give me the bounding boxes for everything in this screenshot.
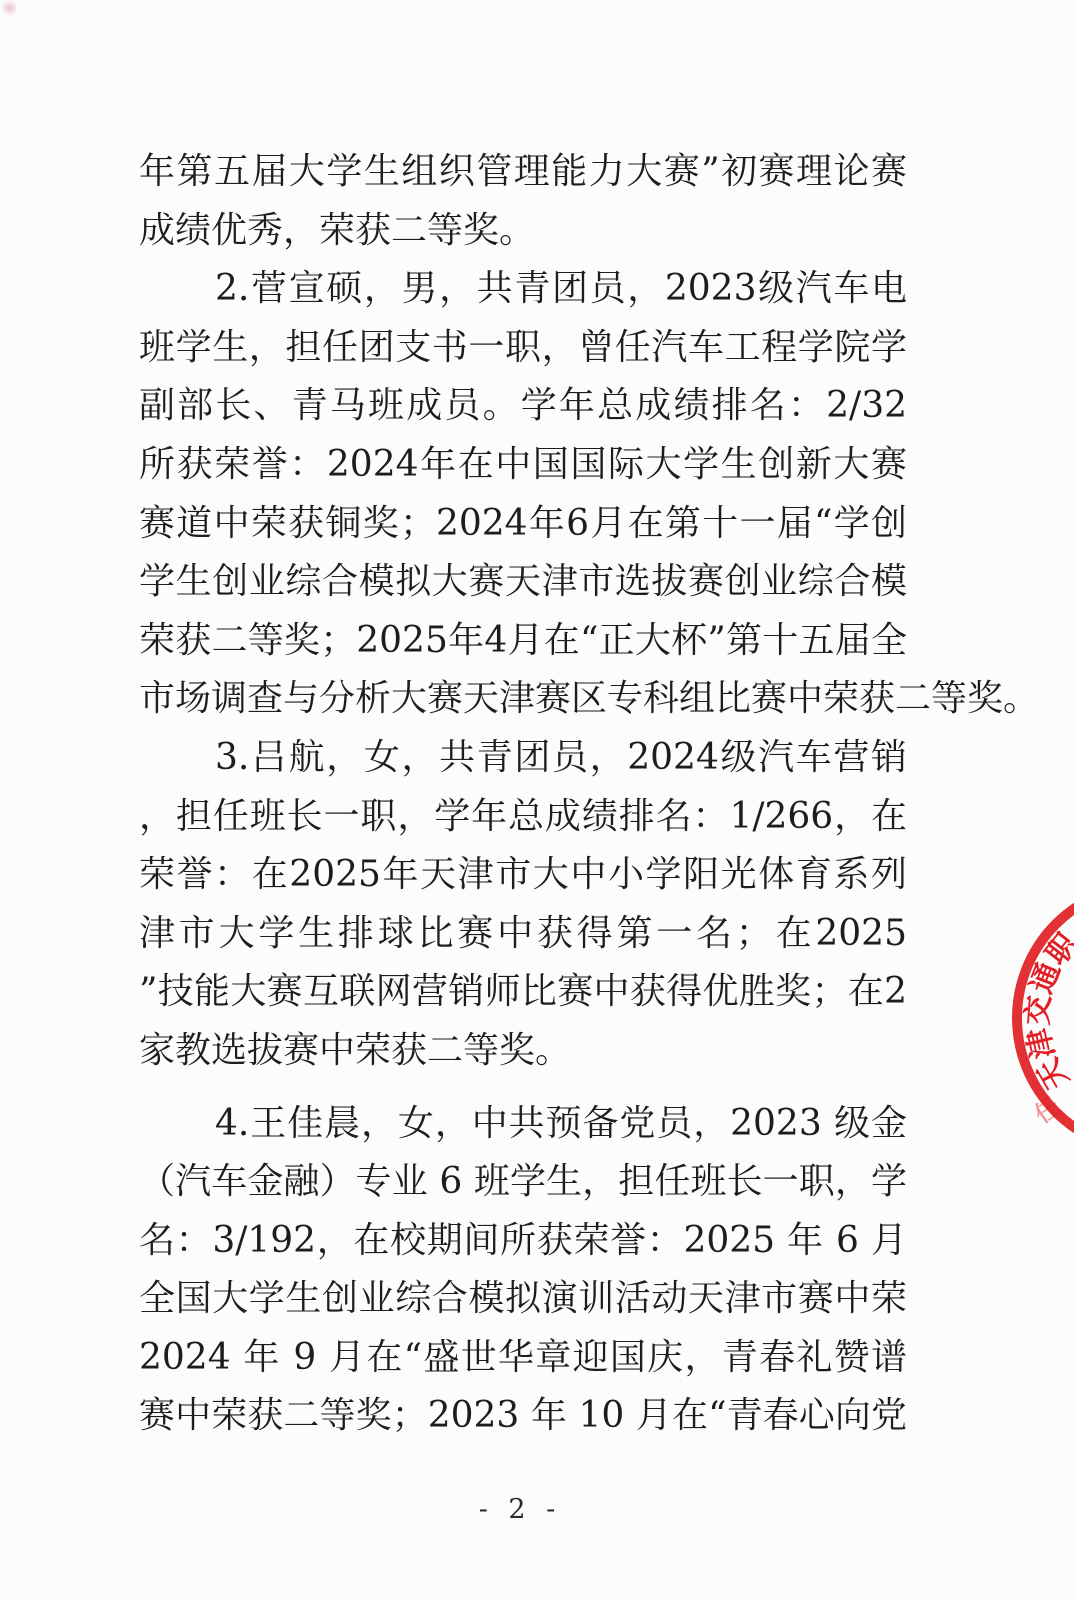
text-line: 2.菅宣硕，男，共青团员，2023级汽车电子技术专业1 <box>139 260 907 319</box>
official-seal-stamp: 天津交通职任 <box>940 865 1074 1175</box>
page-number: - 2 - <box>0 1494 1040 1525</box>
document-page: 年第五届大学生组织管理能力大赛”初赛理论赛专业组中，成绩优秀，荣获二等奖。2.菅… <box>0 0 1074 1600</box>
text-line: 赛中荣获二等奖；2023 年 10 月在“青春心向党唱响新时代” <box>139 1387 907 1446</box>
text-line: 荣誉：在2025年天津市大中小学阳光体育系列活动第17届天 <box>139 846 907 905</box>
seal-char: 津 <box>1021 1024 1062 1062</box>
text-line: 班学生，担任团支书一职，曾任汽车工程学院学生会组织部 <box>139 319 907 378</box>
text-line: 荣获二等奖；2025年4月在“正大杯”第十五届全国大学生 <box>139 612 907 671</box>
text-line: 市场调查与分析大赛天津赛区专科组比赛中荣获二等奖。 <box>139 670 907 729</box>
text-line: 名：3/192，在校期间所获荣誉：2025 年 6 月在“学创杯” <box>139 1212 907 1271</box>
seal-char: 交 <box>1020 994 1057 1026</box>
text-line: 赛道中荣获铜奖；2024年6月在第十一届“学创杯”全国大 <box>139 495 907 554</box>
text-block: 年第五届大学生组织管理能力大赛”初赛理论赛专业组中，成绩优秀，荣获二等奖。2.菅… <box>139 143 907 1446</box>
text-line: ，担任班长一职，学年总成绩排名：1/266，在校期间所获 <box>139 788 907 847</box>
text-line: 家教选拔赛中荣获二等奖。 <box>139 1022 907 1081</box>
scan-smudge-mark <box>0 0 19 17</box>
text-line: （汽车金融）专业 6 班学生，担任班长一职，学年总成绩排 <box>139 1153 907 1212</box>
text-line: ”技能大赛互联网营销师比赛中获得优胜奖；在2024年家风 <box>139 963 907 1022</box>
text-line: 所获荣誉：2024年在中国国际大学生创新大赛天津赛区职教 <box>139 436 907 495</box>
text-line: 3.吕航，女，共青团员，2024级汽车营销专业2班学生 <box>139 729 907 788</box>
text-line: 4.王佳晨，女，中共预备党员，2023 级金融服务与管理 <box>139 1095 907 1154</box>
text-line: 副部长、青马班成员。学年总成绩排名：2/328，在校期间 <box>139 377 907 436</box>
text-line: 年第五届大学生组织管理能力大赛”初赛理论赛专业组中， <box>139 143 907 202</box>
text-line: 2024 年 9 月在“盛世华章迎国庆，青春礼赞谱新篇”朗诵比 <box>139 1329 907 1388</box>
text-line: 津市大学生排球比赛中获得第一名；在2025年“津南工匠杯 <box>139 905 907 964</box>
text-line: 学生创业综合模拟大赛天津市选拔赛创业综合模拟赛项中 <box>139 553 907 612</box>
text-line: 全国大学生创业综合模拟演训活动天津市赛中荣获三等奖； <box>139 1270 907 1329</box>
seal-faint-char: 任 <box>1029 1091 1065 1129</box>
text-line: 成绩优秀，荣获二等奖。 <box>139 202 907 261</box>
